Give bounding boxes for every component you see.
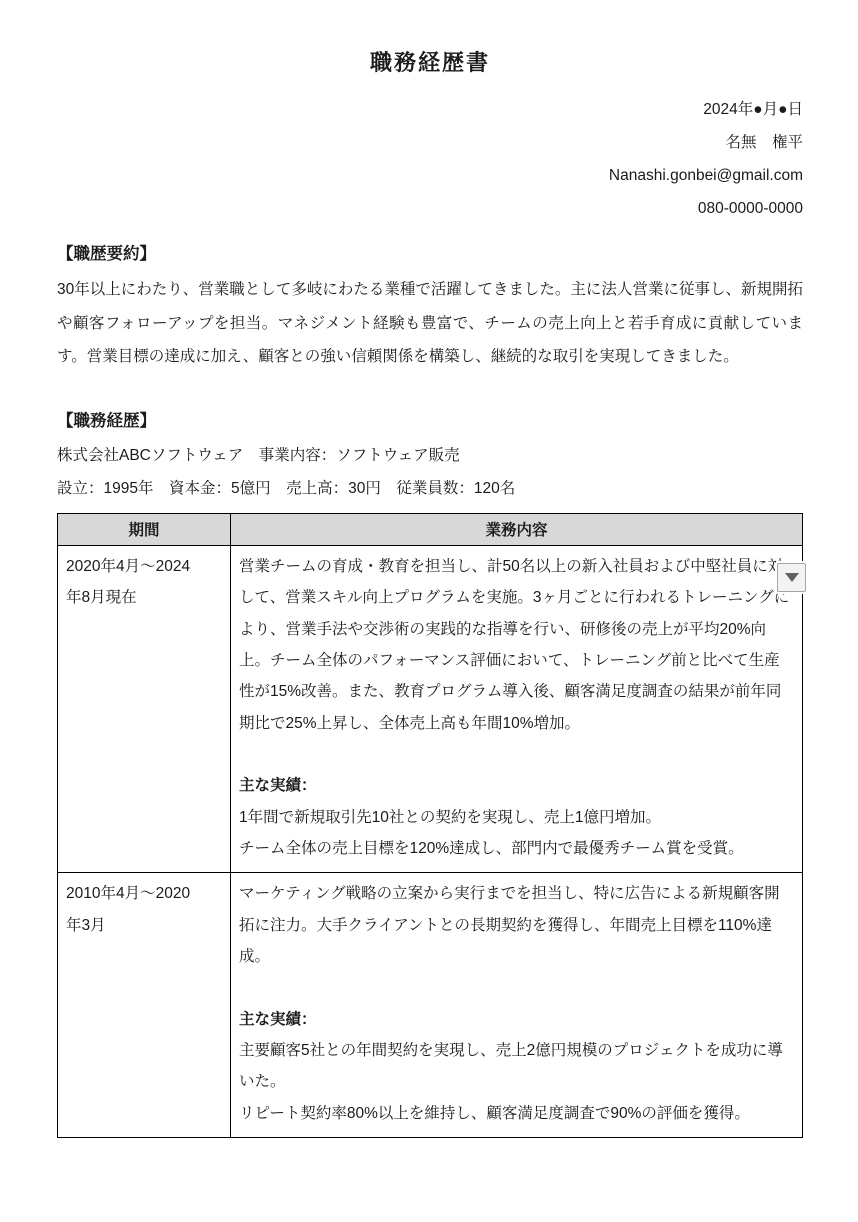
- duties-cell: マーケティング戦略の立案から実行までを担当し、特に広告による新規顧客開拓に注力。…: [231, 873, 803, 1138]
- period-text: 2010年4月〜2020年3月: [66, 878, 198, 941]
- dropdown-button[interactable]: [777, 563, 806, 592]
- period-cell: 2020年4月〜2024年8月現在: [58, 545, 231, 873]
- contact-block: 2024年●月●日 名無 権平 Nanashi.gonbei@gmail.com…: [57, 93, 803, 225]
- career-history-table: 期間 業務内容 2020年4月〜2024年8月現在 営業チームの育成・教育を担当…: [57, 513, 803, 1139]
- applicant-name: 名無 権平: [57, 126, 803, 159]
- period-cell: 2010年4月〜2020年3月: [58, 873, 231, 1138]
- duties-cell: 営業チームの育成・教育を担当し、計50名以上の新入社員および中堅社員に対して、営…: [231, 545, 803, 873]
- career-section-heading: 【職務経歴】: [57, 406, 803, 436]
- achievements-block: 主な実績： 1年間で新規取引先10社との契約を実現し、売上1億円増加。 チーム全…: [239, 770, 794, 864]
- table-header-row: 期間 業務内容: [58, 513, 803, 545]
- duties-description: 営業チームの育成・教育を担当し、計50名以上の新入社員および中堅社員に対して、営…: [239, 551, 794, 739]
- company-name-line: 株式会社ABCソフトウェア 事業内容：ソフトウェア販売: [57, 439, 803, 472]
- resume-document-page: 職務経歴書 2024年●月●日 名無 権平 Nanashi.gonbei@gma…: [0, 0, 858, 1222]
- achievement-item: チーム全体の売上目標を120%達成し、部門内で最優秀チーム賞を受賞。: [239, 833, 794, 864]
- page-title: 職務経歴書: [57, 46, 803, 77]
- company-stats-line: 設立：1995年 資本金：5億円 売上高：30円 従業員数：120名: [57, 472, 803, 505]
- table-row: 2020年4月〜2024年8月現在 営業チームの育成・教育を担当し、計50名以上…: [58, 545, 803, 873]
- applicant-phone: 080-0000-0000: [57, 192, 803, 225]
- duties-description: マーケティング戦略の立案から実行までを担当し、特に広告による新規顧客開拓に注力。…: [239, 878, 794, 972]
- column-header-duties: 業務内容: [231, 513, 803, 545]
- applicant-email: Nanashi.gonbei@gmail.com: [57, 159, 803, 192]
- table-row: 2010年4月〜2020年3月 マーケティング戦略の立案から実行までを担当し、特…: [58, 873, 803, 1138]
- achievements-label: 主な実績：: [239, 1004, 794, 1035]
- achievement-item: 主要顧客5社との年間契約を実現し、売上2億円規模のプロジェクトを成功に導いた。: [239, 1035, 794, 1098]
- period-text: 2020年4月〜2024年8月現在: [66, 551, 198, 614]
- achievement-item: リピート契約率80%以上を維持し、顧客満足度調査で90%の評価を獲得。: [239, 1098, 794, 1129]
- achievements-block: 主な実績： 主要顧客5社との年間契約を実現し、売上2億円規模のプロジェクトを成功…: [239, 1004, 794, 1130]
- achievement-item: 1年間で新規取引先10社との契約を実現し、売上1億円増加。: [239, 802, 794, 833]
- company-info-block: 株式会社ABCソフトウェア 事業内容：ソフトウェア販売 設立：1995年 資本金…: [57, 439, 803, 505]
- document-date: 2024年●月●日: [57, 93, 803, 126]
- summary-paragraph: 30年以上にわたり、営業職として多岐にわたる業種で活躍してきました。主に法人営業…: [57, 273, 803, 374]
- achievements-label: 主な実績：: [239, 770, 794, 801]
- column-header-period: 期間: [58, 513, 231, 545]
- chevron-down-icon: [785, 573, 799, 582]
- summary-section-heading: 【職歴要約】: [57, 239, 803, 269]
